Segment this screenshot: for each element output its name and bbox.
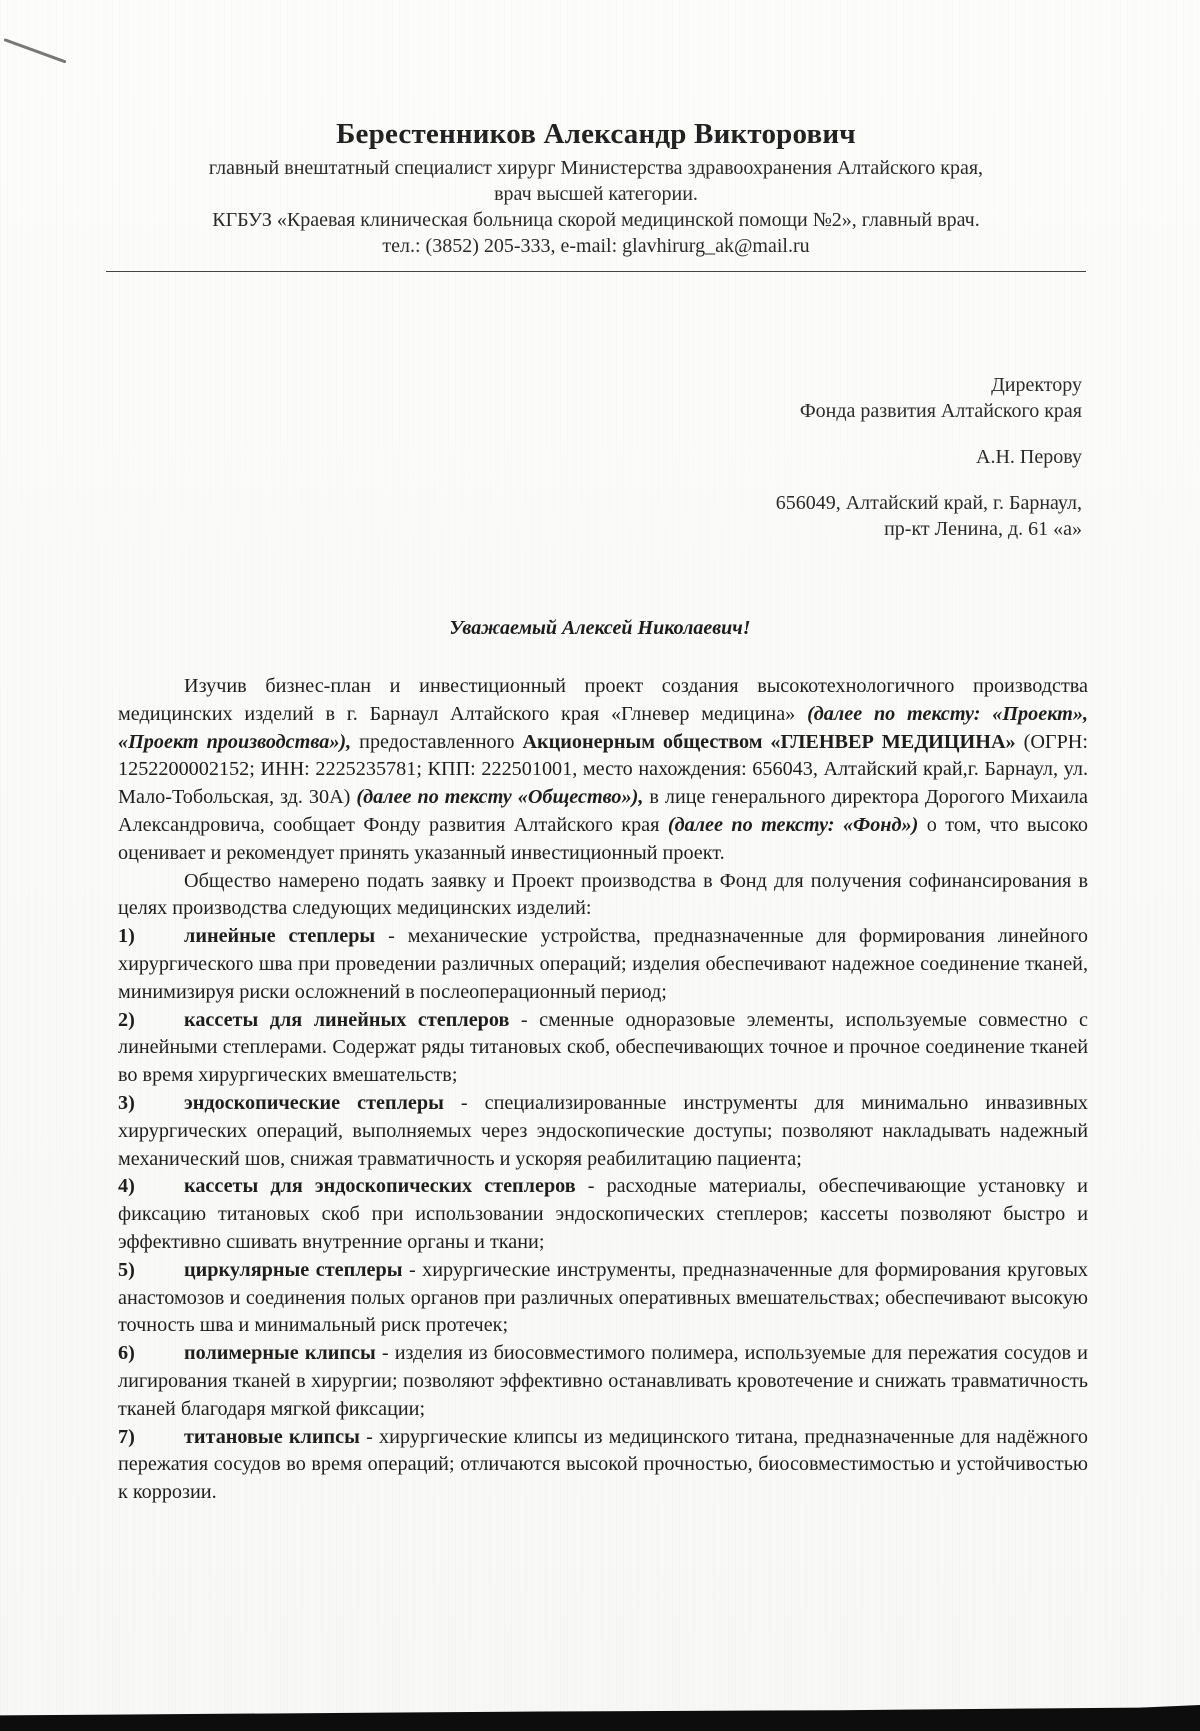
pen-mark (3, 38, 66, 63)
addressee-title: Директору (776, 372, 1082, 398)
sender-contacts: тел.: (3852) 205-333, e-mail: glavhirurg… (106, 233, 1086, 259)
addressee-organization: Фонда развития Алтайского края (776, 398, 1082, 424)
product-name: титановые клипсы (184, 1426, 360, 1448)
addressee-name: А.Н. Перову (776, 444, 1082, 470)
text: предоставленного (351, 731, 522, 753)
item-number: 6) (118, 1340, 184, 1368)
company-name: Акционерным обществом «ГЛЕНВЕР МЕДИЦИНА» (522, 731, 1015, 753)
addressee-address-line1: 656049, Алтайский край, г. Барнаул, (776, 490, 1082, 516)
sender-category: врач высшей категории. (106, 181, 1086, 207)
item-number: 5) (118, 1257, 184, 1285)
list-item: 2)кассеты для линейных степлеров - сменн… (118, 1007, 1088, 1090)
product-name: кассеты для эндоскопических степлеров (184, 1175, 576, 1197)
list-item: 1)линейные степлеры - механические устро… (118, 923, 1088, 1006)
product-name: циркулярные степлеры (184, 1259, 402, 1281)
scanned-page: Берестенников Александр Викторович главн… (0, 0, 1200, 1731)
list-item: 3)эндоскопические степлеры - специализир… (118, 1090, 1088, 1173)
product-name: полимерные клипсы (184, 1342, 376, 1364)
item-number: 4) (118, 1173, 184, 1201)
product-list: 1)линейные степлеры - механические устро… (118, 923, 1088, 1507)
list-item: 7)титановые клипсы - хирургические клипс… (118, 1424, 1088, 1507)
sender-name: Берестенников Александр Викторович (106, 118, 1086, 151)
paragraph-intent: Общество намерено подать заявку и Проект… (118, 868, 1088, 924)
item-number: 3) (118, 1090, 184, 1118)
item-number: 1) (118, 923, 184, 951)
defined-term-fund: (далее по тексту: «Фонд») (668, 814, 919, 836)
sender-organization: КГБУЗ «Краевая клиническая больница скор… (106, 207, 1086, 233)
letterhead-divider (106, 271, 1086, 272)
scan-bottom-edge (0, 1705, 1200, 1731)
letter-body: Изучив бизнес-план и инвестиционный прое… (118, 673, 1088, 1507)
salutation: Уважаемый Алексей Николаевич! (0, 617, 1200, 640)
paragraph-recommendation: Изучив бизнес-план и инвестиционный прое… (118, 673, 1088, 868)
letterhead: Берестенников Александр Викторович главн… (106, 118, 1086, 259)
sender-position: главный внештатный специалист хирург Мин… (106, 155, 1086, 181)
addressee-address-line2: пр-кт Ленина, д. 61 «а» (776, 516, 1082, 542)
list-item: 4)кассеты для эндоскопических степлеров … (118, 1173, 1088, 1256)
item-number: 2) (118, 1007, 184, 1035)
list-item: 6)полимерные клипсы - изделия из биосовм… (118, 1340, 1088, 1423)
defined-term-company: (далее по тексту «Общество»), (356, 786, 643, 808)
product-name: эндоскопические степлеры (184, 1092, 444, 1114)
item-number: 7) (118, 1424, 184, 1452)
product-name: линейные степлеры (184, 925, 375, 947)
list-item: 5)циркулярные степлеры - хирургические и… (118, 1257, 1088, 1340)
product-name: кассеты для линейных степлеров (184, 1009, 509, 1031)
addressee-block: Директору Фонда развития Алтайского края… (776, 372, 1082, 542)
